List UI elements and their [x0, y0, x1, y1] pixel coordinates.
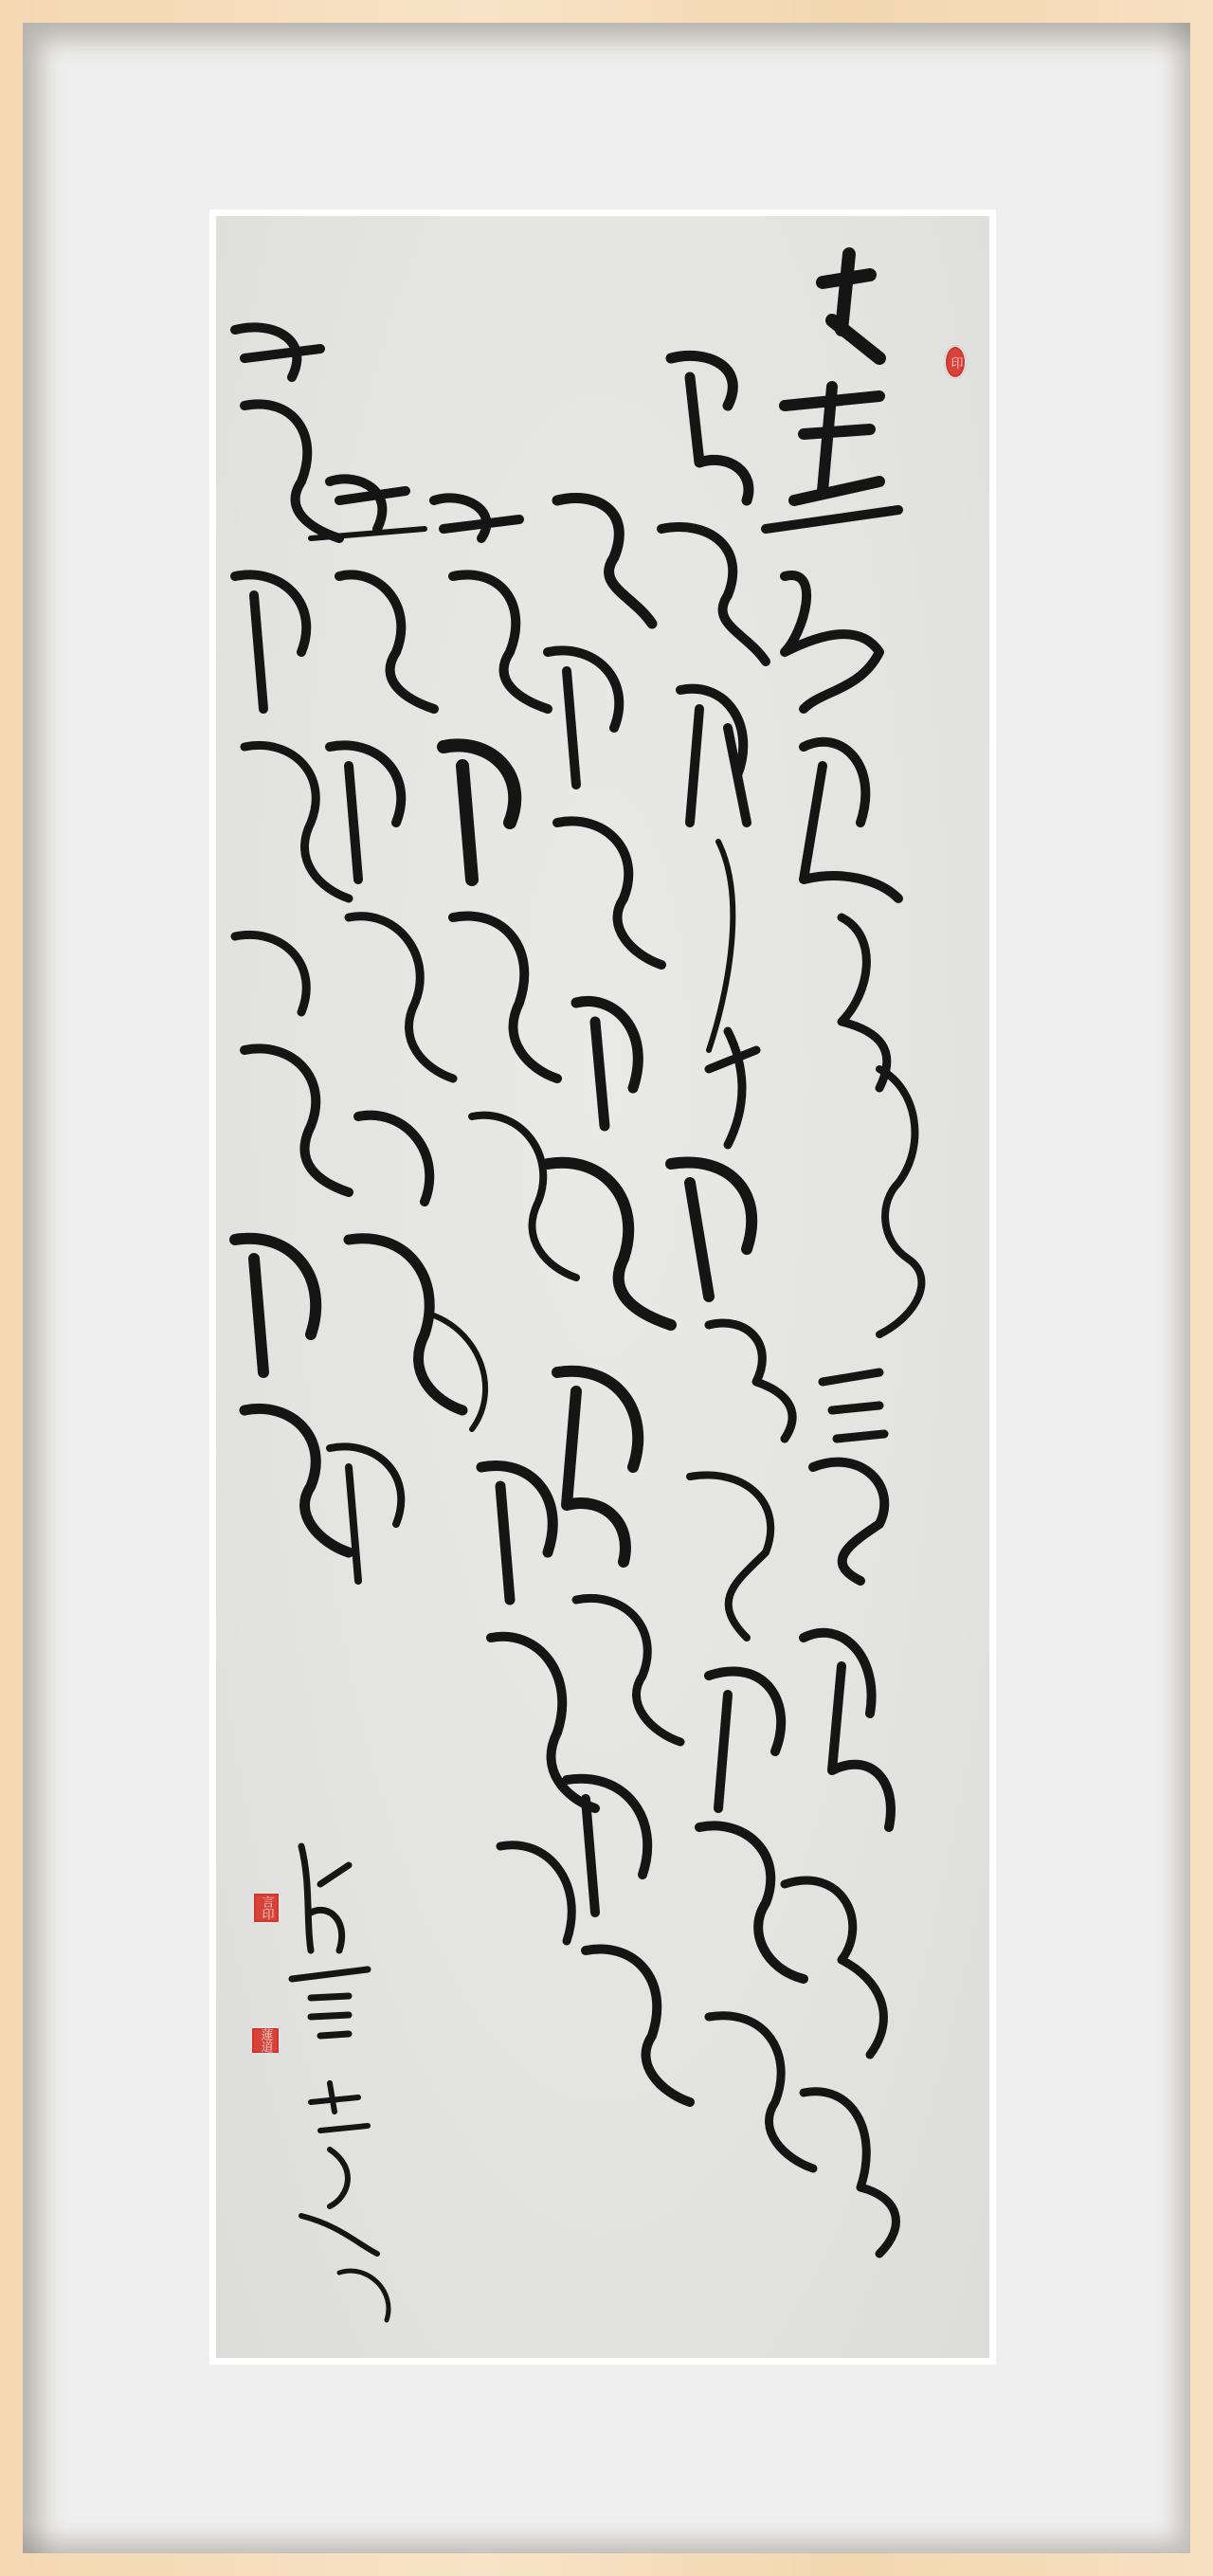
name-seal-2: 蓮道 — [250, 2026, 281, 2055]
calligraphy-paper: 印 言印 蓮道 甲辰 言 蓮道 — [216, 216, 989, 2358]
leading-seal: 印 — [944, 345, 967, 379]
name-seal-1: 言印 — [252, 1892, 281, 1924]
calligraphy-strokes — [216, 216, 989, 2358]
